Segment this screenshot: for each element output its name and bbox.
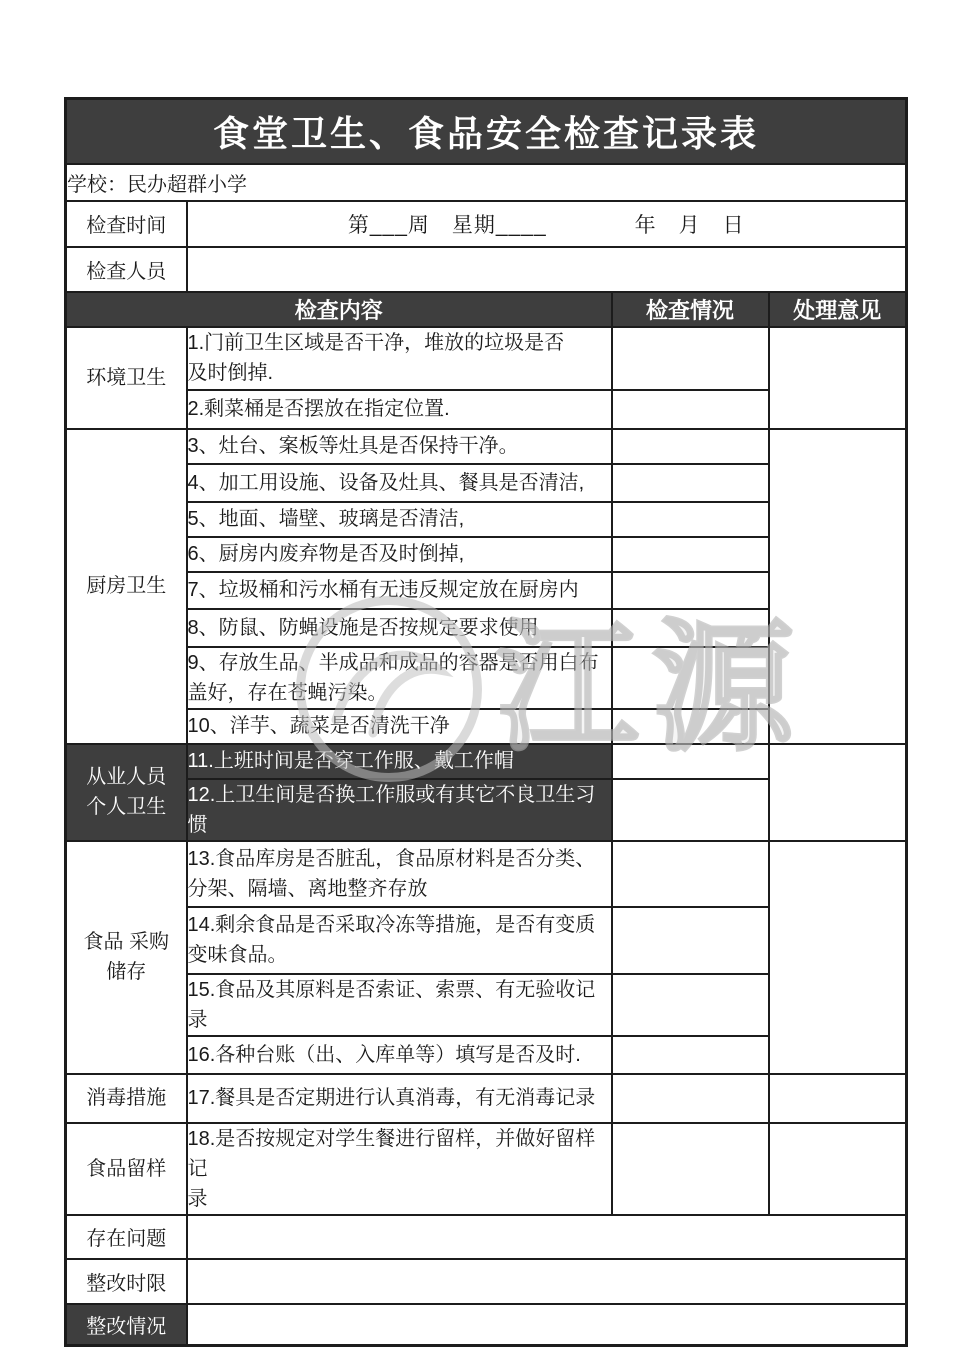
item-cell-5: 5、地面、墙壁、玻璃是否清洁, [187, 502, 612, 537]
category-cell-food-sample: 食品留样 [66, 1123, 187, 1215]
opinion-cell-staff-hygiene[interactable] [769, 744, 907, 841]
status-cell-16[interactable] [612, 1036, 769, 1074]
opinion-cell-disinfection[interactable] [769, 1074, 907, 1123]
problems-field[interactable] [187, 1215, 907, 1259]
column-header-opinion: 处理意见 [769, 292, 907, 327]
form-title: 食堂卫生、食品安全检查记录表 [66, 99, 907, 164]
inspection-form-table: 食堂卫生、食品安全检查记录表 学校：民办超群小学 检查时间 第___周 星期__… [64, 97, 908, 1347]
status-cell-5[interactable] [612, 502, 769, 537]
category-cell-disinfection: 消毒措施 [66, 1074, 187, 1123]
school-row: 学校：民办超群小学 [66, 164, 907, 201]
category-cell-environment: 环境卫生 [66, 327, 187, 429]
document-page: 食堂卫生、食品安全检查记录表 学校：民办超群小学 检查时间 第___周 星期__… [0, 0, 970, 1368]
item-cell-7: 7、垃圾桶和污水桶有无违反规定放在厨房内 [187, 572, 612, 609]
problems-label: 存在问题 [66, 1215, 187, 1259]
category-cell-kitchen: 厨房卫生 [66, 429, 187, 744]
status-cell-10[interactable] [612, 709, 769, 744]
status-cell-11[interactable] [612, 744, 769, 779]
status-cell-14[interactable] [612, 907, 769, 974]
status-cell-4[interactable] [612, 464, 769, 502]
item-cell-10: 10、洋芋、蔬菜是否清洗干净 [187, 709, 612, 744]
status-cell-6[interactable] [612, 537, 769, 572]
item-cell-11: 11.上班时间是否穿工作服、戴工作帽 [187, 744, 612, 779]
status-cell-9[interactable] [612, 647, 769, 709]
opinion-cell-environment[interactable] [769, 327, 907, 429]
column-header-status: 检查情况 [612, 292, 769, 327]
status-cell-1[interactable] [612, 327, 769, 390]
status-cell-12[interactable] [612, 779, 769, 841]
rectification-status-label: 整改情况 [66, 1304, 187, 1346]
column-header-content: 检查内容 [66, 292, 612, 327]
item-cell-15: 15.食品及其原料是否索证、索票、有无验收记录 [187, 974, 612, 1036]
rectification-status-field[interactable] [187, 1304, 907, 1346]
status-cell-3[interactable] [612, 429, 769, 464]
item-cell-16: 16.各种台账（出、入库单等）填写是否及时. [187, 1036, 612, 1074]
status-cell-2[interactable] [612, 390, 769, 429]
status-cell-15[interactable] [612, 974, 769, 1036]
rectification-deadline-label: 整改时限 [66, 1259, 187, 1304]
school-label: 学校： [67, 174, 127, 196]
item-cell-14: 14.剩余食品是否采取冷冻等措施，是否有变质 变味食品。 [187, 907, 612, 974]
item-cell-12: 12.上卫生间是否换工作服或有其它不良卫生习惯 [187, 779, 612, 841]
opinion-cell-kitchen[interactable] [769, 429, 907, 744]
category-cell-staff-hygiene: 从业人员 个人卫生 [66, 744, 187, 841]
rectification-deadline-field[interactable] [187, 1259, 907, 1304]
inspector-label: 检查人员 [66, 247, 187, 292]
school-name: 民办超群小学 [127, 174, 247, 196]
opinion-cell-food-sample[interactable] [769, 1123, 907, 1215]
item-cell-3: 3、灶台、案板等灶具是否保持干净。 [187, 429, 612, 464]
item-cell-6: 6、厨房内废弃物是否及时倒掉, [187, 537, 612, 572]
item-cell-9: 9、存放生品、半成品和成品的容器是否用白布 盖好，存在苍蝇污染。 [187, 647, 612, 709]
item-cell-13: 13.食品库房是否脏乱，食品原材料是否分类、 分架、隔墙、离地整齐存放 [187, 841, 612, 907]
category-cell-food-storage: 食品 采购 储存 [66, 841, 187, 1074]
status-cell-18[interactable] [612, 1123, 769, 1215]
item-cell-1: 1.门前卫生区域是否干净，堆放的垃圾是否 及时倒掉. [187, 327, 612, 390]
status-cell-13[interactable] [612, 841, 769, 907]
item-cell-18: 18.是否按规定对学生餐进行留样，并做好留样记 录 [187, 1123, 612, 1215]
inspection-time-label: 检查时间 [66, 201, 187, 247]
opinion-cell-food-storage[interactable] [769, 841, 907, 1074]
status-cell-17[interactable] [612, 1074, 769, 1123]
status-cell-7[interactable] [612, 572, 769, 609]
item-cell-4: 4、加工用设施、设备及灶具、餐具是否清洁, [187, 464, 612, 502]
item-cell-8: 8、防鼠、防蝇设施是否按规定要求使用 [187, 609, 612, 647]
item-cell-17: 17.餐具是否定期进行认真消毒，有无消毒记录 [187, 1074, 612, 1123]
status-cell-8[interactable] [612, 609, 769, 647]
inspector-field[interactable] [187, 247, 907, 292]
inspection-time-field[interactable]: 第___周 星期____ 年 月 日 [187, 201, 907, 247]
item-cell-2: 2.剩菜桶是否摆放在指定位置. [187, 390, 612, 429]
